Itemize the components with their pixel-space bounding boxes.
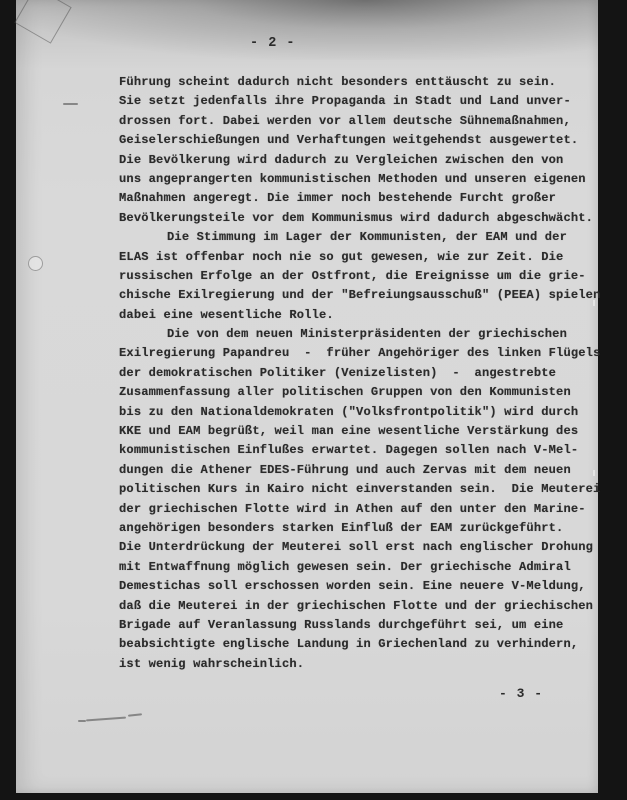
text-line: Die Bevölkerung wird dadurch zu Vergleic… <box>119 151 589 170</box>
text-line: ist wenig wahrscheinlich. <box>119 655 589 674</box>
text-line: Exilregierung Papandreu - früher Angehör… <box>119 344 589 363</box>
ink-smudge <box>86 717 126 722</box>
text-line: der griechischen Flotte wird in Athen au… <box>119 500 589 519</box>
text-line: russischen Erfolge an der Ostfront, die … <box>119 267 589 286</box>
text-line: beabsichtigte englische Landung in Griec… <box>119 635 589 654</box>
text-line: Maßnahmen angeregt. Die immer noch beste… <box>119 189 589 208</box>
page-number: - 2 - <box>250 36 296 51</box>
text-line: uns angeprangerten kommunistischen Metho… <box>119 170 589 189</box>
text-line: Demestichas soll erschossen worden sein.… <box>119 577 589 596</box>
paragraph: Die Stimmung im Lager der Kommunisten, d… <box>119 228 589 325</box>
text-line: Die von dem neuen Ministerpräsidenten de… <box>119 325 589 344</box>
text-line: angehörigen besonders starken Einfluß de… <box>119 519 589 538</box>
text-line: Die Unterdrückung der Meuterei soll erst… <box>119 538 589 557</box>
ink-smudge <box>78 720 86 722</box>
text-line: kommunistischen Einflußes erwartet. Dage… <box>119 441 589 460</box>
document-body: Führung scheint dadurch nicht besonders … <box>119 73 589 674</box>
ink-smudge <box>128 713 142 716</box>
next-page-catchword: - 3 - <box>499 686 543 701</box>
ink-smudge <box>63 103 78 105</box>
text-line: KKE und EAM begrüßt, weil man eine wesen… <box>119 422 589 441</box>
text-line: bis zu den Nationaldemokraten ("Volksfro… <box>119 403 589 422</box>
corner-fold-mark <box>14 0 71 44</box>
text-line: Die Stimmung im Lager der Kommunisten, d… <box>119 228 589 247</box>
text-line: politischen Kurs in Kairo nicht einverst… <box>119 480 589 499</box>
paragraph: Führung scheint dadurch nicht besonders … <box>119 73 589 228</box>
text-line: dabei eine wesentliche Rolle. <box>119 306 589 325</box>
scan-edge-mark <box>593 300 595 306</box>
text-line: chische Exilregierung und der "Befreiung… <box>119 286 589 305</box>
paper-sheet: - 2 - Führung scheint dadurch nicht beso… <box>16 0 598 793</box>
text-line: der demokratischen Politiker (Venizelist… <box>119 364 589 383</box>
document-scan: - 2 - Führung scheint dadurch nicht beso… <box>0 0 627 800</box>
text-line: drossen fort. Dabei werden vor allem deu… <box>119 112 589 131</box>
text-line: daß die Meuterei in der griechischen Flo… <box>119 597 589 616</box>
punch-hole-icon <box>28 256 43 271</box>
text-line: dungen die Athener EDES-Führung und auch… <box>119 461 589 480</box>
text-line: Geiselerschießungen und Verhaftungen wei… <box>119 131 589 150</box>
scan-shadow <box>16 0 598 60</box>
paragraph: Die von dem neuen Ministerpräsidenten de… <box>119 325 589 674</box>
text-line: mit Entwaffnung möglich gewesen sein. De… <box>119 558 589 577</box>
scan-edge-mark <box>593 470 595 476</box>
text-line: Zusammenfassung aller politischen Gruppe… <box>119 383 589 402</box>
text-line: Brigade auf Veranlassung Russlands durch… <box>119 616 589 635</box>
text-line: Führung scheint dadurch nicht besonders … <box>119 73 589 92</box>
text-line: Bevölkerungsteile vor dem Kommunismus wi… <box>119 209 589 228</box>
text-line: Sie setzt jedenfalls ihre Propaganda in … <box>119 92 589 111</box>
text-line: ELAS ist offenbar noch nie so gut gewese… <box>119 248 589 267</box>
